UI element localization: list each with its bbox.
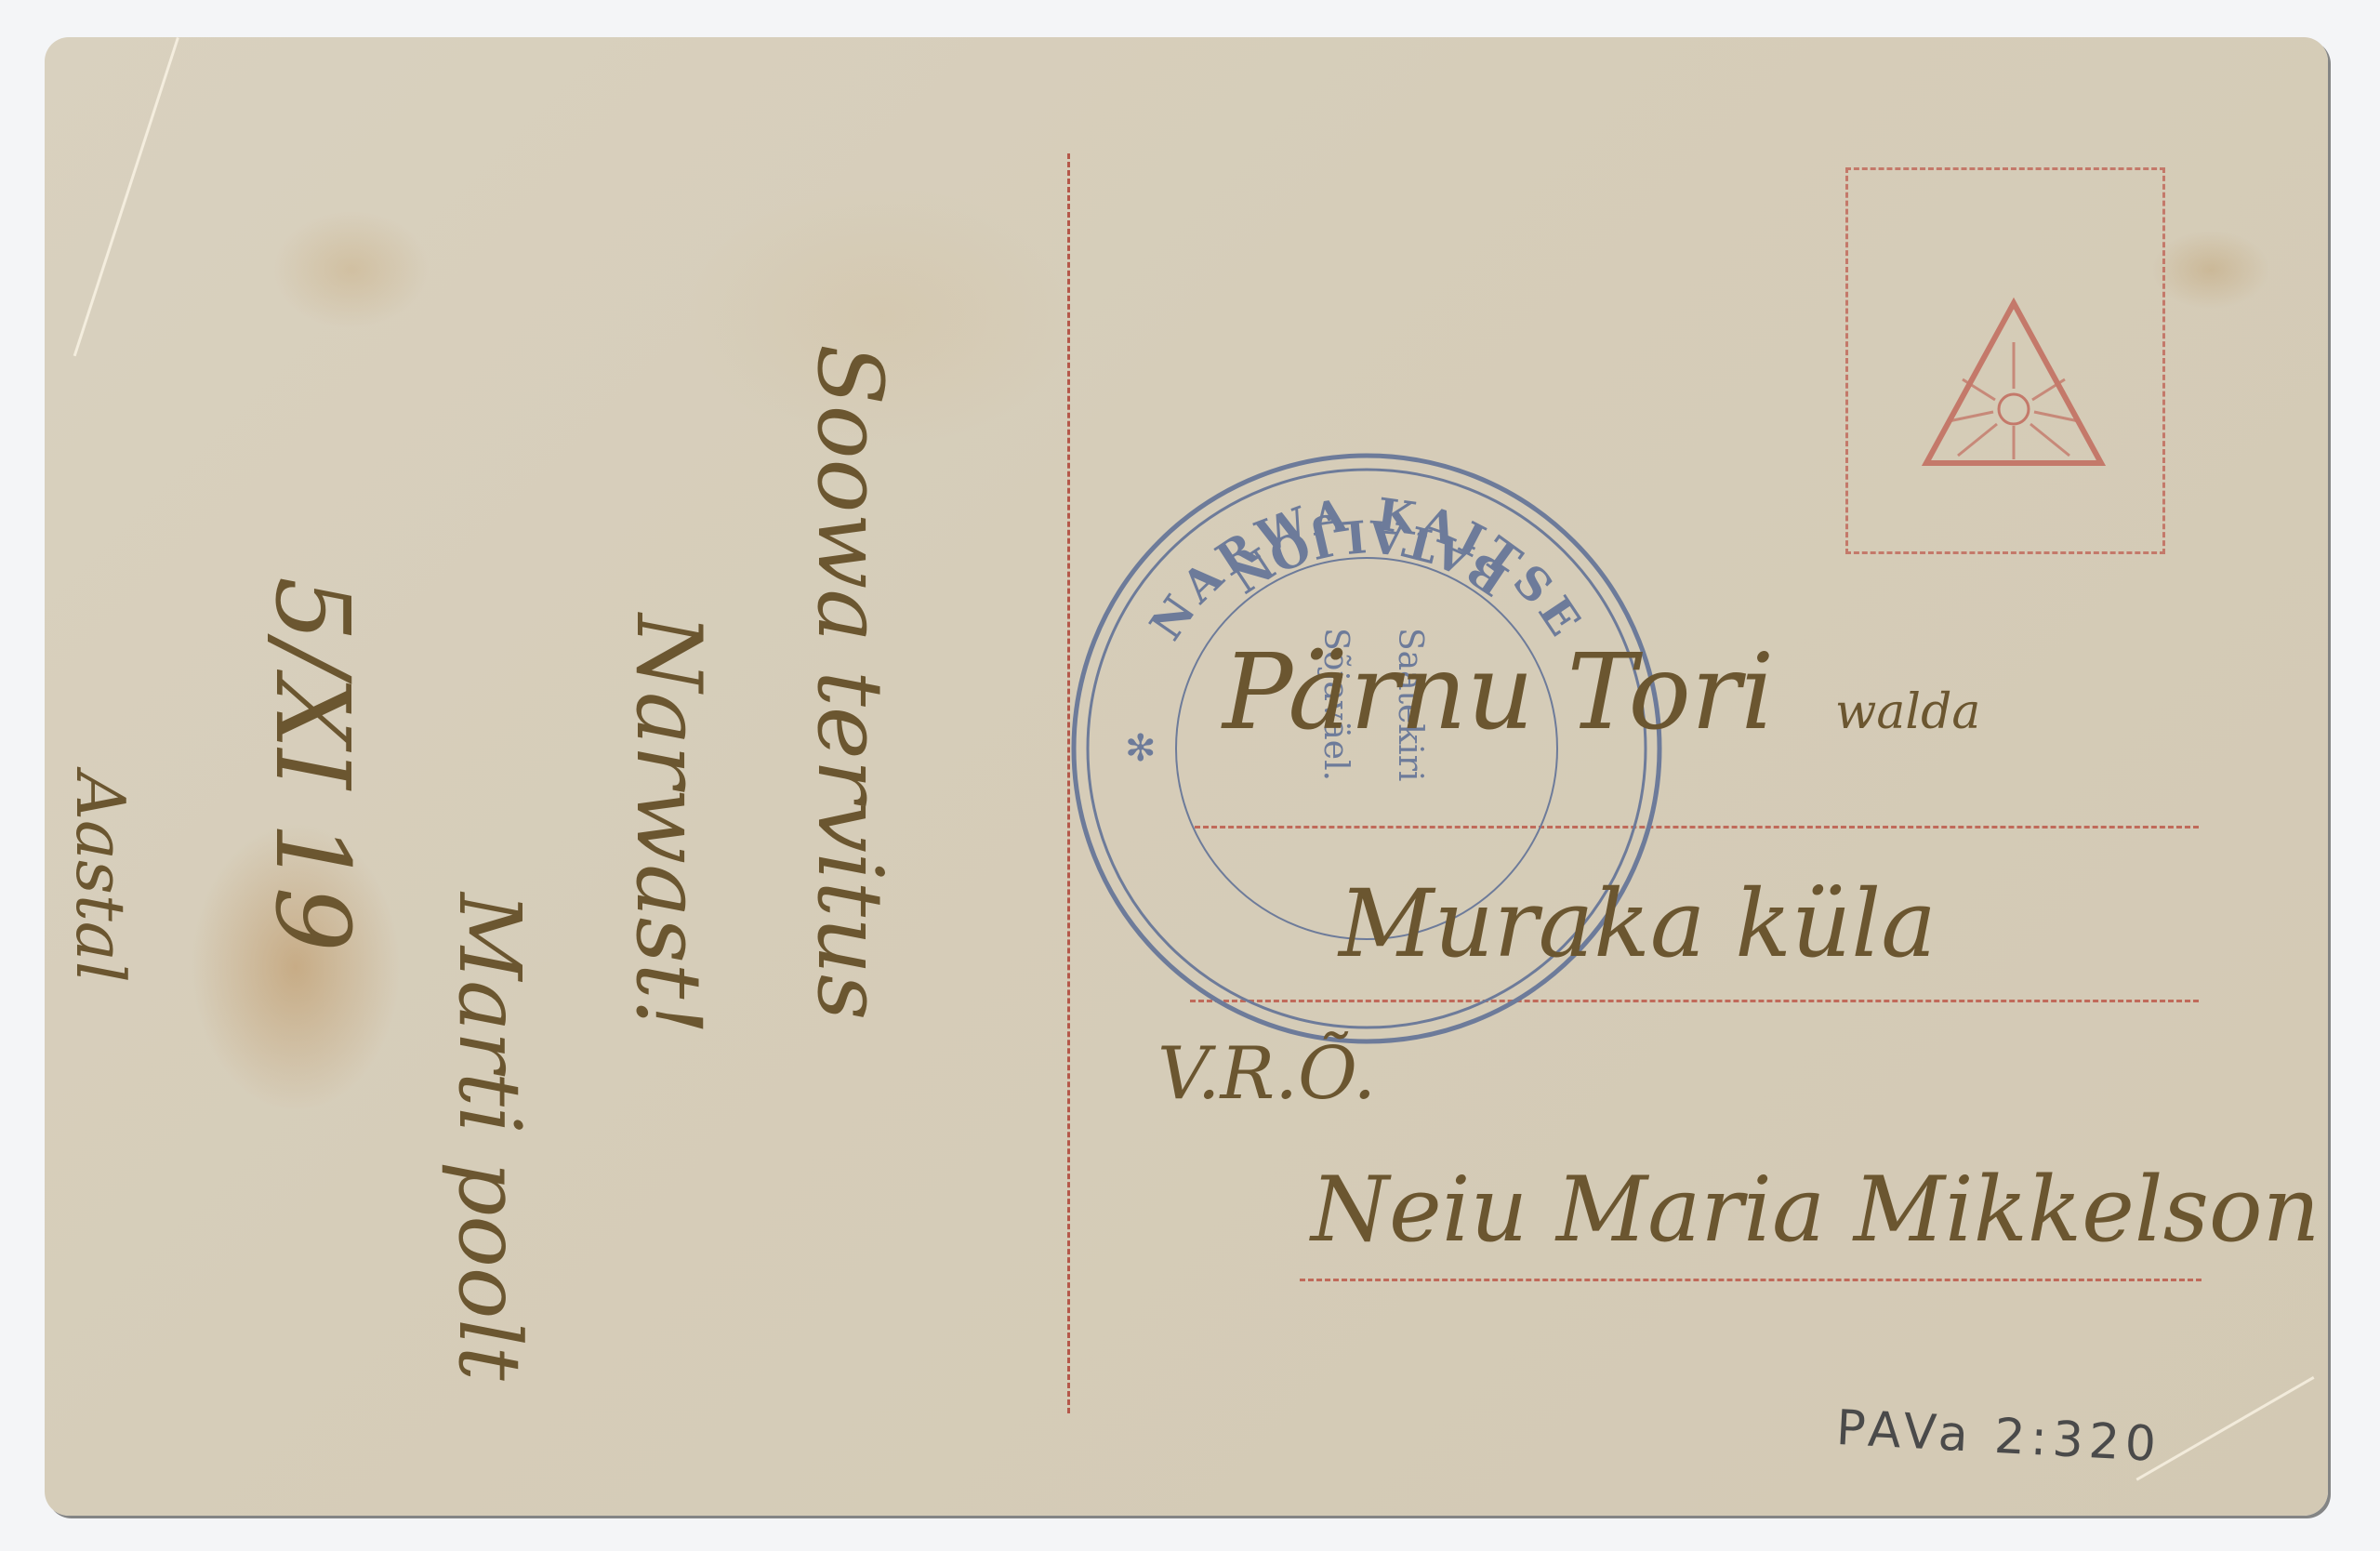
message-line-3: Marti poolt — [440, 893, 539, 1381]
message-year-note: Aastal — [61, 772, 139, 983]
address-line-3-text: V.R.Õ. — [1157, 1032, 1376, 1116]
svg-text:✻: ✻ — [1125, 727, 1157, 770]
recipient-name: Neiu Maria Mikkelson — [1311, 1158, 2320, 1262]
paper-crease — [2135, 1376, 2314, 1481]
address-line-2-text: Muraka küla — [1339, 869, 1937, 978]
address-line-1-text: Pärnu Tori walda — [1223, 632, 1980, 753]
triangle-sunburst-icon — [1921, 296, 2107, 472]
message-line-2: Narwast! — [616, 614, 721, 1035]
address-parish: walda — [1835, 684, 1980, 740]
message-date: 5/XI 19 — [253, 577, 372, 952]
address-town: Pärnu Tori — [1223, 632, 1774, 753]
paper-crease — [73, 37, 179, 356]
message-line-1: Soowa tervitus — [798, 344, 902, 1020]
address-line-3 — [1300, 1279, 2201, 1281]
